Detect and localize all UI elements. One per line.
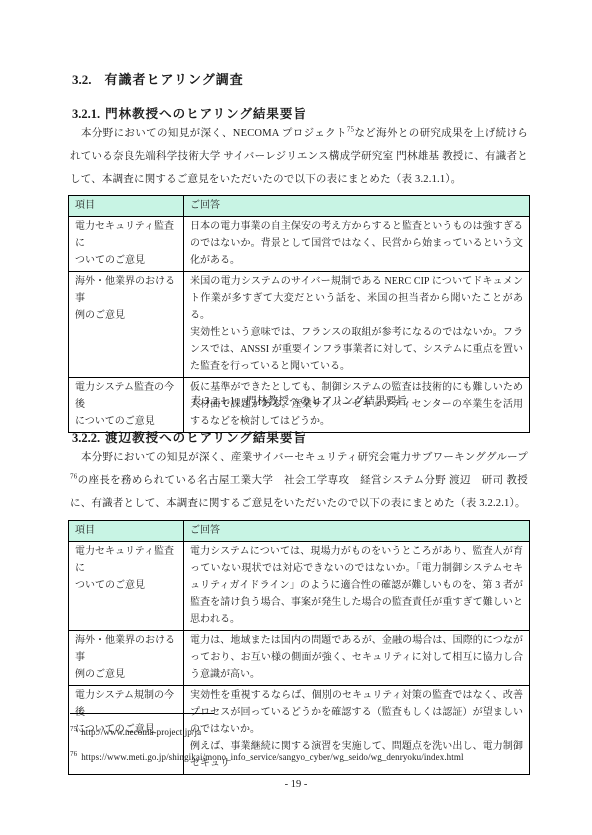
answer-paragraph: 電力システムについては、現場力がものをいうところがあり、監査人が育っていない現状… bbox=[190, 543, 523, 628]
subsection-number: 3.2.2. bbox=[72, 431, 100, 445]
answer-cell: 電力システムについては、現場力がものをいうところがあり、監査人が育っていない現状… bbox=[184, 542, 530, 631]
table-row: 海外・他業界のおける事 例のご意見 電力は、地域または国内の問題であるが、金融の… bbox=[69, 631, 530, 686]
section-heading: 3.2.有識者ヒアリング調査 bbox=[72, 69, 244, 88]
column-header-answer: ご回答 bbox=[184, 521, 530, 542]
answer-cell: 電力は、地域または国内の問題であるが、金融の場合は、国際的につながっており、お互… bbox=[184, 631, 530, 686]
column-header-answer: ご回答 bbox=[184, 196, 530, 217]
table-row: 電力セキュリティ監査に ついてのご意見 日本の電力事業の自主保安の考え方からする… bbox=[69, 217, 530, 272]
intro-paragraph-321: 本分野においての知見が深く、NECOMA プロジェクト75など海外との研究成果を… bbox=[70, 122, 528, 191]
footnote-76: 76https://www.meti.go.jp/shingikai/mono_… bbox=[70, 751, 545, 764]
answer-paragraph: 米国の電力システムのサイバー規制である NERC CIP についてドキュメント作… bbox=[190, 273, 523, 324]
subsection-heading-321: 3.2.1.門林教授へのヒアリング結果要旨 bbox=[72, 104, 307, 122]
item-cell: 電力セキュリティ監査に ついてのご意見 bbox=[69, 542, 184, 631]
footnote-number: 76 bbox=[70, 750, 77, 758]
document-page: 3.2.有識者ヒアリング調査 3.2.1.門林教授へのヒアリング結果要旨 本分野… bbox=[0, 0, 592, 835]
answer-paragraph: 日本の電力事業の自主保安の考え方からすると監査というものは強すぎるのではないか。… bbox=[190, 218, 523, 269]
answer-paragraph: 実効性という意味では、フランスの取組が参考になるのではないか。フランスでは、AN… bbox=[190, 324, 523, 375]
page-number: - 19 - bbox=[0, 779, 592, 790]
footnotes: 75http://www.necoma-project.jp/ja 76http… bbox=[70, 726, 545, 776]
table-header-row: 項目 ご回答 bbox=[69, 196, 530, 217]
answer-cell: 米国の電力システムのサイバー規制である NERC CIP についてドキュメント作… bbox=[184, 272, 530, 378]
footnote-75: 75http://www.necoma-project.jp/ja bbox=[70, 726, 545, 739]
table-caption-3211: 表 3.2.1.1：門林教授へのヒアリング結果要旨 bbox=[70, 393, 528, 408]
footnote-separator bbox=[70, 713, 214, 714]
footnote-url: http://www.necoma-project.jp/ja bbox=[81, 727, 201, 737]
column-header-item: 項目 bbox=[69, 196, 184, 217]
item-cell: 海外・他業界のおける事 例のご意見 bbox=[69, 631, 184, 686]
intro-paragraph-322: 本分野においての知見が深く、産業サイバーセキュリティ研究会電力サブワーキンググル… bbox=[70, 446, 528, 515]
column-header-item: 項目 bbox=[69, 521, 184, 542]
subsection-title: 渡辺教授へのヒアリング結果要旨 bbox=[105, 431, 307, 445]
item-cell: 海外・他業界のおける事 例のご意見 bbox=[69, 272, 184, 378]
subsection-heading-322: 3.2.2.渡辺教授へのヒアリング結果要旨 bbox=[72, 428, 307, 446]
table-header-row: 項目 ご回答 bbox=[69, 521, 530, 542]
section-number: 3.2. bbox=[72, 72, 92, 87]
answer-cell: 日本の電力事業の自主保安の考え方からすると監査というものは強すぎるのではないか。… bbox=[184, 217, 530, 272]
intro-text: 本分野においての知見が深く、NECOMA プロジェクト bbox=[81, 128, 347, 139]
footnote-number: 75 bbox=[70, 725, 77, 733]
item-cell: 電力セキュリティ監査に ついてのご意見 bbox=[69, 217, 184, 272]
subsection-title: 門林教授へのヒアリング結果要旨 bbox=[105, 107, 307, 121]
intro-text: 本分野においての知見が深く、産業サイバーセキュリティ研究会電力サブワーキンググル… bbox=[81, 452, 528, 463]
table-row: 海外・他業界のおける事 例のご意見 米国の電力システムのサイバー規制である NE… bbox=[69, 272, 530, 378]
footnote-url: https://www.meti.go.jp/shingikai/mono_in… bbox=[81, 752, 463, 762]
answer-paragraph: 電力は、地域または国内の問題であるが、金融の場合は、国際的につながっており、お互… bbox=[190, 632, 523, 683]
section-title: 有識者ヒアリング調査 bbox=[105, 72, 244, 87]
table-row: 電力セキュリティ監査に ついてのご意見 電力システムについては、現場力がものをい… bbox=[69, 542, 530, 631]
intro-text: の座長を務められている名古屋工業大学 社会工学専攻 経営システム分野 渡辺 研司… bbox=[70, 475, 528, 509]
subsection-number: 3.2.1. bbox=[72, 107, 100, 121]
